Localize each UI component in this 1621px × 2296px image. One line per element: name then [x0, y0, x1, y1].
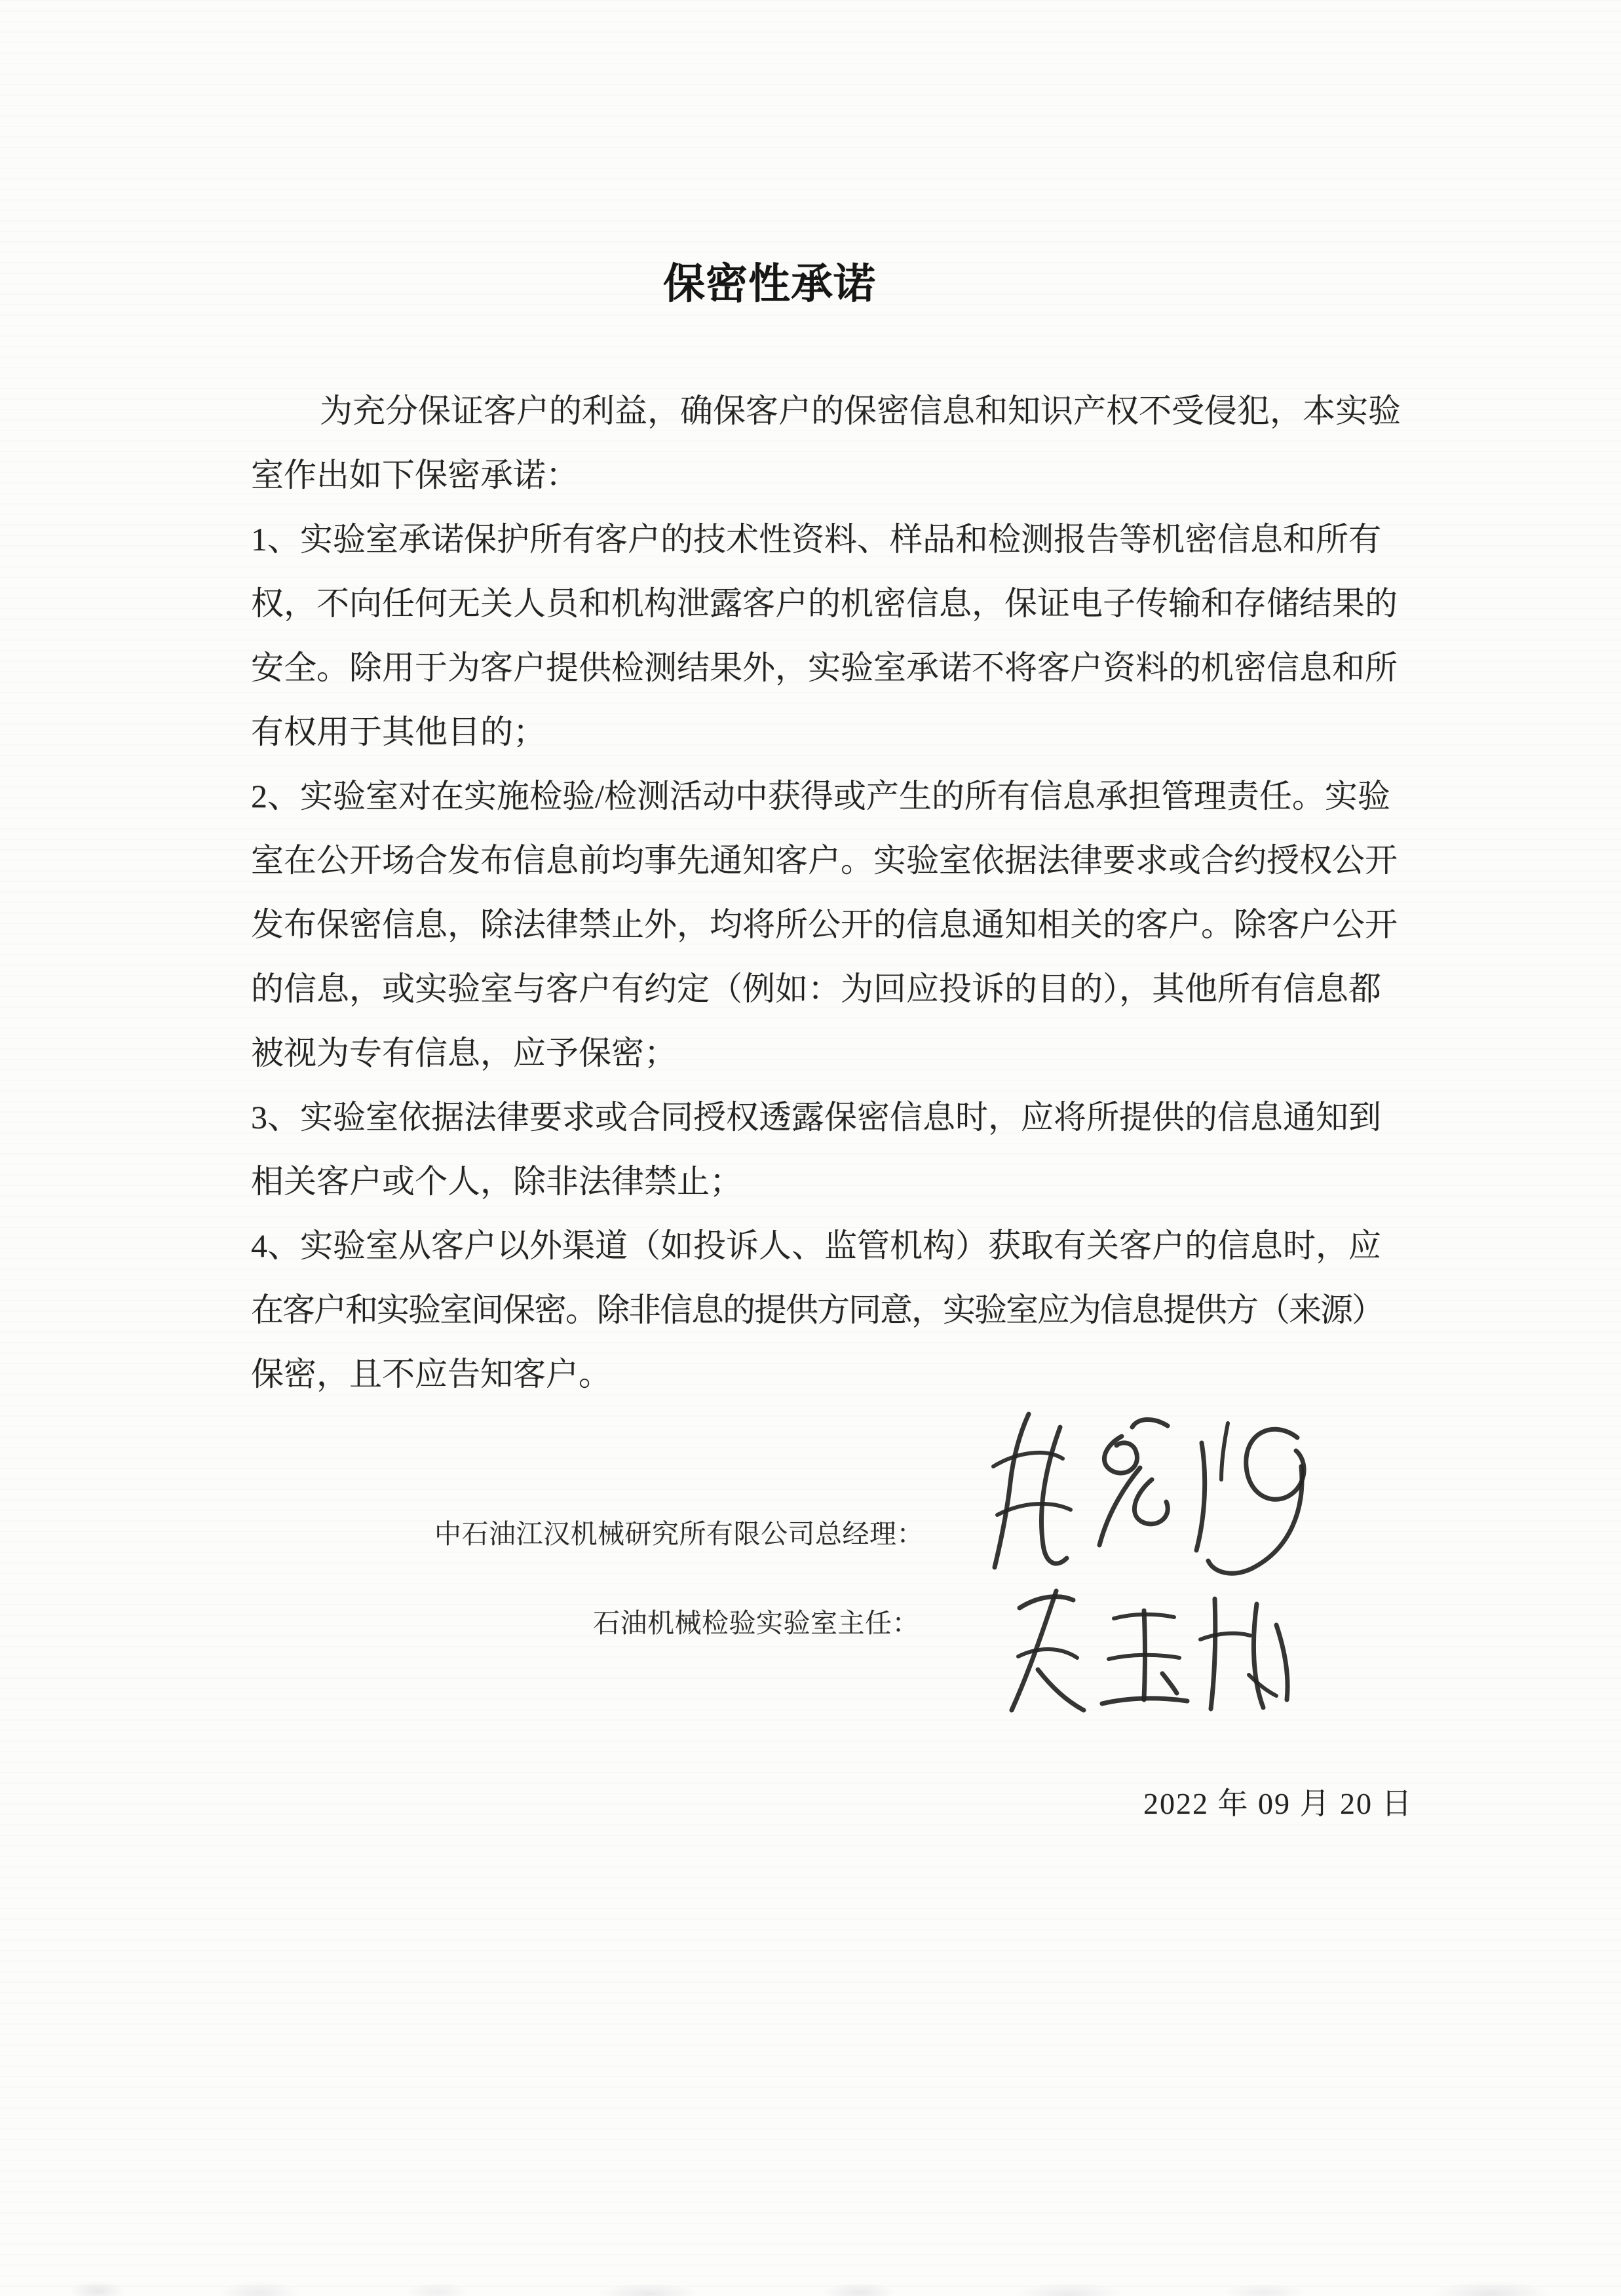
body-line: 保密，且不应告知客户。 [251, 1342, 1404, 1406]
body-line: 被视为专有信息，应予保密； [251, 1021, 1404, 1085]
scanner-edge-noise [0, 2262, 1621, 2296]
document-date: 2022 年 09 月 20 日 [1143, 1780, 1413, 1823]
general-manager-signature-handwriting [983, 1402, 1324, 1599]
body-line: 3、实验室依据法律要求或合同授权透露保密信息时，应将所提供的信息通知到 [251, 1085, 1404, 1149]
lab-director-label: 石油机械检验实验室主任： [593, 1601, 919, 1640]
body-line: 4、实验室从客户以外渠道（如投诉人、监管机构）获取有关客户的信息时，应 [251, 1214, 1404, 1278]
general-manager-label: 中石油江汉机械研究所有限公司总经理： [434, 1512, 924, 1551]
body-line: 权，不向任何无关人员和机构泄露客户的机密信息，保证电子传输和存储结果的 [251, 571, 1404, 636]
body-line: 2、实验室对在实施检验/检测活动中获得或产生的所有信息承担管理责任。实验 [251, 764, 1404, 828]
document-title: 保密性承诺 [663, 250, 876, 311]
body-line: 的信息，或实验室与客户有约定（例如：为回应投诉的目的），其他所有信息都 [251, 957, 1404, 1021]
body-line: 在客户和实验室间保密。除非信息的提供方同意，实验室应为信息提供方（来源） [251, 1278, 1404, 1342]
scanned-document-page: 保密性承诺 为充分保证客户的利益，确保客户的保密信息和知识产权不受侵犯，本实验 … [0, 0, 1621, 2296]
body-line: 有权用于其他目的； [251, 700, 1404, 764]
body-line: 1、实验室承诺保护所有客户的技术性资料、样品和检测报告等机密信息和所有 [251, 507, 1404, 571]
body-line: 相关客户或个人，除非法律禁止； [251, 1149, 1404, 1214]
body-line: 室在公开场合发布信息前均事先通知客户。实验室依据法律要求或合约授权公开 [251, 828, 1404, 892]
body-line: 安全。除用于为客户提供检测结果外，实验室承诺不将客户资料的机密信息和所 [251, 636, 1404, 700]
body-line: 室作出如下保密承诺： [251, 443, 1404, 507]
body-line: 为充分保证客户的利益，确保客户的保密信息和知识产权不受侵犯，本实验 [251, 379, 1404, 443]
body-line: 发布保密信息，除法律禁止外，均将所公开的信息通知相关的客户。除客户公开 [251, 892, 1404, 957]
lab-director-signature-handwriting [996, 1570, 1304, 1734]
document-body: 为充分保证客户的利益，确保客户的保密信息和知识产权不受侵犯，本实验 室作出如下保… [251, 379, 1404, 1406]
